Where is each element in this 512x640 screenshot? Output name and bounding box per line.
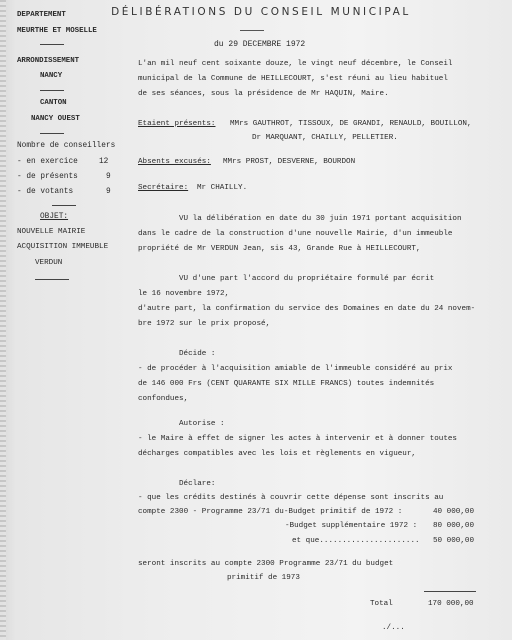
budget-row-amount: 80 000,00 [433, 522, 474, 530]
budget-row-amount: 40 000,00 [433, 508, 474, 516]
presents-line: MMrs GAUTHROT, TISSOUX, DE GRANDI, RENAU… [230, 120, 472, 128]
total-amount: 170 000,00 [428, 600, 474, 608]
title-divider [240, 30, 264, 31]
declare-label: Déclare: [179, 480, 215, 488]
count-value: 12 [99, 158, 108, 166]
budget-row-label: -Budget supplémentaire 1972 : [285, 522, 417, 530]
vu2-line: le 16 novembre 1972, [138, 290, 229, 298]
count-label: - de votants [17, 188, 73, 196]
arrondissement-value: NANCY [40, 72, 62, 80]
divider [35, 279, 69, 280]
secretaire-value: Mr CHAILLY. [197, 184, 247, 192]
presents-label: Etaient présents: [138, 120, 215, 128]
budget-row-label: et que...................... [292, 537, 420, 545]
objet-line: VERDUN [35, 259, 62, 267]
arrondissement-label: ARRONDISSEMENT [17, 57, 79, 65]
decide-line: - de procéder à l'acquisition amiable de… [138, 365, 452, 373]
seront-line: primitif de 1973 [227, 574, 300, 582]
count-label: - de présents [17, 173, 78, 181]
canton-value: NANCY OUEST [31, 115, 80, 123]
seront-line: seront inscrits au compte 2300 Programme… [138, 560, 393, 568]
presents-line: Dr MARQUANT, CHAILLY, PELLETIER. [252, 134, 398, 142]
count-value: 9 [106, 173, 111, 181]
count-label: - en exercice [17, 158, 78, 166]
absents-label: Absents excusés: [138, 158, 211, 166]
declare-line: - que les crédits destinés à couvrir cet… [138, 494, 443, 502]
canton-label: CANTON [40, 99, 67, 107]
objet-line: ACQUISITION IMMEUBLE [17, 243, 108, 251]
divider [40, 44, 64, 45]
total-rule [424, 591, 476, 592]
objet-line: NOUVELLE MAIRIE [17, 228, 85, 236]
divider [52, 205, 76, 206]
conseillers-heading: Nombre de conseillers [17, 142, 115, 150]
decide-label: Décide : [179, 350, 215, 358]
vu2-line: d'autre part, la confirmation du service… [138, 305, 475, 313]
intro-line: de ses séances, sous la présidence de Mr… [138, 90, 389, 98]
departement-value: MEURTHE ET MOSELLE [17, 27, 97, 35]
total-label: Total [370, 600, 393, 608]
intro-line: municipal de la Commune de HEILLECOURT, … [138, 75, 448, 83]
budget-row-label: compte 2300 - Programme 23/71 du-Budget … [138, 508, 402, 516]
intro-line: L'an mil neuf cent soixante douze, le vi… [138, 60, 452, 68]
vu1-line: propriété de Mr VERDUN Jean, sis 43, Gra… [138, 245, 421, 253]
vu2-line: bre 1972 sur le prix proposé, [138, 320, 270, 328]
vu1-line: VU la délibération en date du 30 juin 19… [179, 215, 462, 223]
autorise-line: décharges compatibles avec les lois et r… [138, 450, 416, 458]
objet-label: OBJET: [40, 213, 68, 221]
vu1-line: dans le cadre de la construction d'une n… [138, 230, 452, 238]
divider [40, 133, 64, 134]
autorise-line: - le Maire à effet de signer les actes à… [138, 435, 457, 443]
count-value: 9 [106, 188, 111, 196]
autorise-label: Autorise : [179, 420, 225, 428]
budget-row-amount: 50 000,00 [433, 537, 474, 545]
vu2-line: VU d'une part l'accord du propriétaire f… [179, 275, 434, 283]
absents-value: MMrs PROST, DESVERNE, BOURDON [223, 158, 355, 166]
decide-line: de 146 000 Frs (CENT QUARANTE SIX MILLE … [138, 380, 434, 388]
page-title: DÉLIBÉRATIONS DU CONSEIL MUNICIPAL [106, 6, 416, 18]
departement-label: DEPARTEMENT [17, 11, 66, 19]
meeting-date: du 29 DECEMBRE 1972 [214, 40, 305, 49]
secretaire-label: Secrétaire: [138, 184, 188, 192]
decide-line: confondues, [138, 395, 188, 403]
divider [40, 90, 64, 91]
continuation-mark: ./... [382, 624, 405, 632]
binding-edge [0, 0, 6, 640]
